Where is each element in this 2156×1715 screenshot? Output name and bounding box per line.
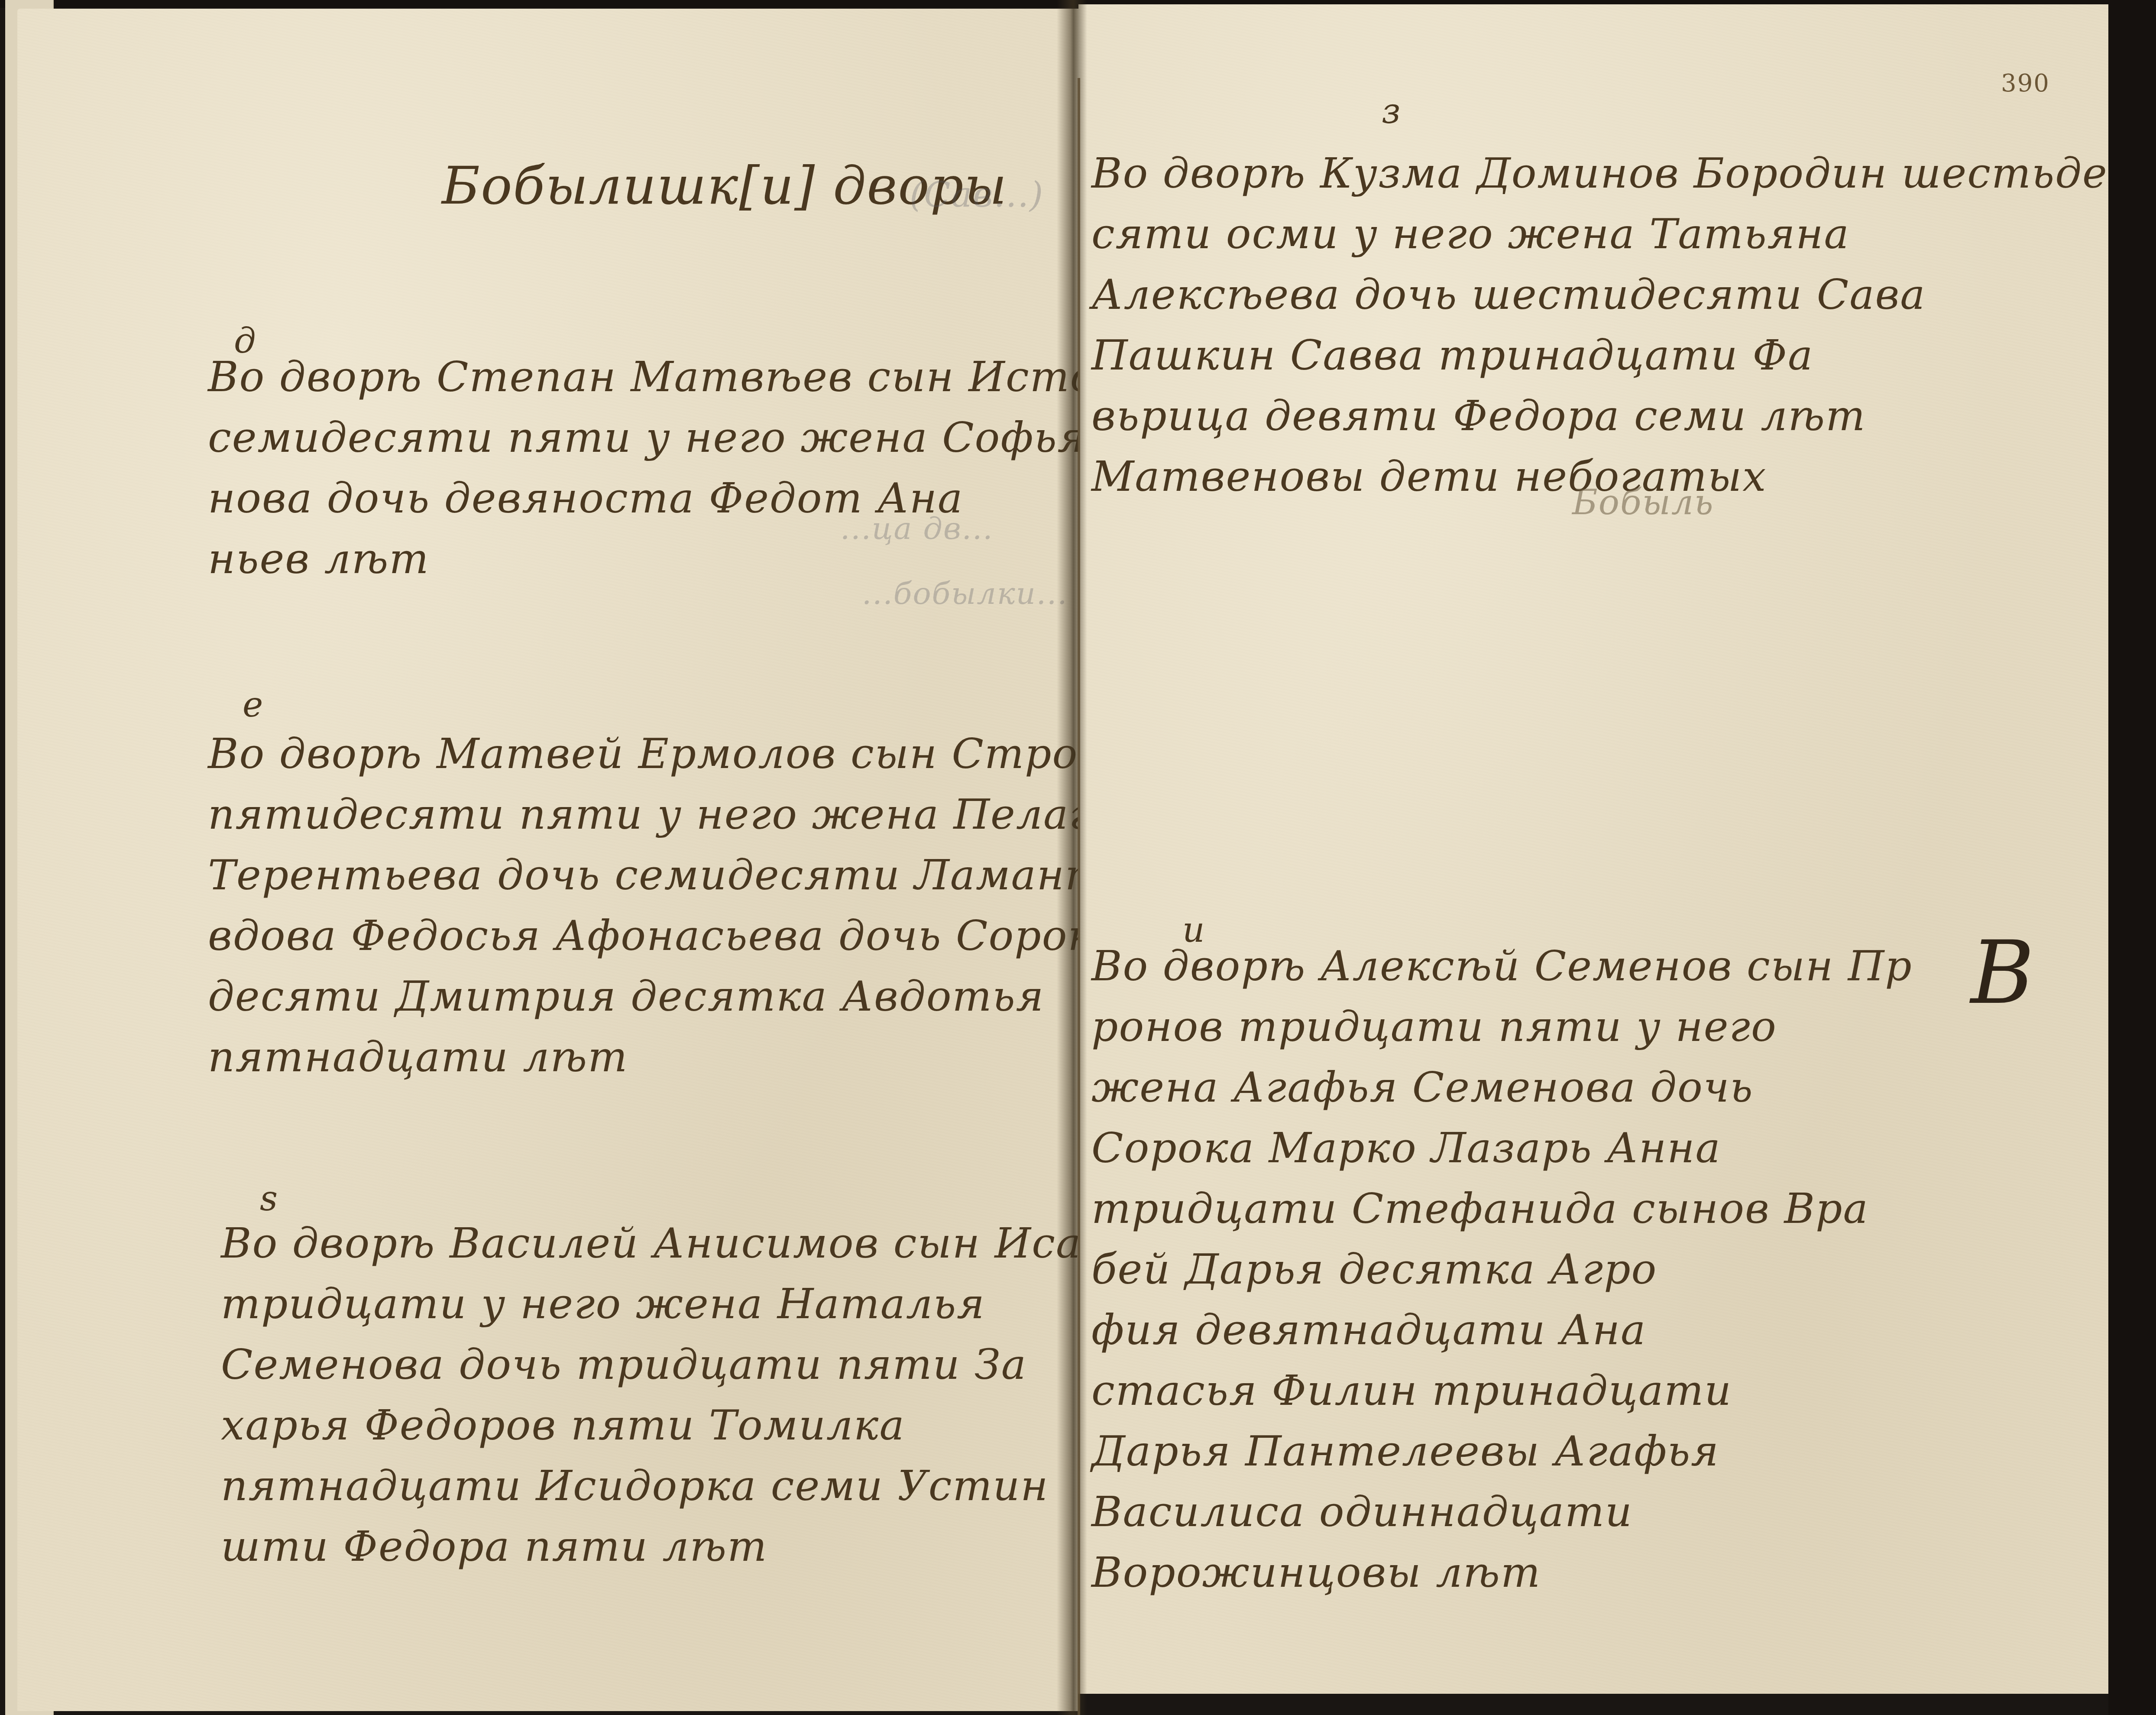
entry-line: Алексѣева дочь шестидесяти Сава xyxy=(1091,264,2108,325)
entry-line: жена Агафья Семенова дочь xyxy=(1091,1057,1913,1118)
entry-line: Во дворѣ Кузма Доминов Бородин шестьде xyxy=(1091,143,2108,204)
gutter-fold-line xyxy=(1078,78,1080,1715)
entry-line: харья Федоров пяти Томилка xyxy=(221,1395,1132,1456)
right-page: 390 з Во дворѣ Кузма Доминов Бородин шес… xyxy=(1078,4,2109,1694)
entry-line: Василиса одиннадцати xyxy=(1091,1482,1913,1542)
entry-line: Дарья Пантелеевы Агафья xyxy=(1091,1421,1913,1482)
entry-line: стасья Филин тринадцати xyxy=(1091,1360,1913,1421)
entry-line: десяти Дмитрия десятка Авдотья xyxy=(208,966,1155,1027)
entry-line: пятнадцати Исидорка семи Устин xyxy=(221,1456,1132,1516)
entry-line: Во дворѣ Матвей Ермолов сын Строков xyxy=(208,723,1155,784)
scan-background-right xyxy=(2108,0,2156,1715)
entry-line: Во дворѣ Степан Матвѣев сын Истомин xyxy=(208,347,1188,407)
book-gutter xyxy=(1057,0,1087,1715)
entry-numeral: е xyxy=(243,684,264,725)
entry-line: Пашкин Савва тринадцати Фа xyxy=(1091,325,2108,386)
entry-line: бей Дарья десятка Агро xyxy=(1091,1239,1913,1300)
manuscript-spread: Бобылишк[и] дворы (Сав...) ...ца дв... .… xyxy=(0,0,2156,1715)
household-entry: Во дворѣ Алексѣй Семенов сын Пр ронов тр… xyxy=(1091,936,1913,1603)
entry-line: сяти осми у него жена Татьяна xyxy=(1091,204,2108,264)
entry-line: тридцати Стефанида сынов Вра xyxy=(1091,1178,1913,1239)
left-page: Бобылишк[и] дворы (Сав...) ...ца дв... .… xyxy=(17,9,1078,1711)
household-entry: Во дворѣ Кузма Доминов Бородин шестьде с… xyxy=(1091,143,2108,507)
household-entry: Во дворѣ Василей Анисимов сын Исаев трид… xyxy=(221,1213,1132,1577)
entry-line: фия девятнадцати Ана xyxy=(1091,1300,1913,1360)
entry-line: ньев лѣт xyxy=(208,528,1188,589)
entry-line: Ворожинцовы лѣт xyxy=(1091,1542,1913,1603)
folio-number: 390 xyxy=(2001,69,2050,97)
entry-line: Семенова дочь тридцати пяти За xyxy=(221,1334,1132,1395)
margin-mark: В xyxy=(1971,923,2035,1024)
margin-note: Бобыль xyxy=(1572,472,1714,533)
entry-numeral: з xyxy=(1382,91,1402,131)
entry-line: шти Федора пяти лѣт xyxy=(221,1516,1132,1577)
entry-line: вьрица девяти Федора семи лѣт xyxy=(1091,386,2108,446)
household-entry: Во дворѣ Матвей Ермолов сын Строков пяти… xyxy=(208,723,1155,1087)
entry-line: нова дочь девяноста Федот Ана xyxy=(208,468,1188,528)
entry-line: Во дворѣ Алексѣй Семенов сын Пр xyxy=(1091,936,1913,996)
entry-line: тридцати у него жена Наталья xyxy=(221,1274,1132,1334)
entry-line: пятидесяти пяти у него жена Пелагея xyxy=(208,784,1155,845)
entry-line: Терентьева дочь семидесяти Ламант xyxy=(208,845,1155,905)
household-entry: Во дворѣ Степан Матвѣев сын Истомин семи… xyxy=(208,347,1188,589)
entry-line: пятнадцати лѣт xyxy=(208,1027,1155,1087)
entry-line: вдова Федосья Афонасьева дочь Сорока xyxy=(208,905,1155,966)
entry-line: семидесяти пяти у него жена Софья Ива xyxy=(208,407,1188,468)
entry-line: Во дворѣ Василей Анисимов сын Исаев xyxy=(221,1213,1132,1274)
bleed-through-text: (Сав...) xyxy=(910,165,1044,225)
entry-line: Сорока Марко Лазарь Анна xyxy=(1091,1118,1913,1178)
entry-line: ронов тридцати пяти у него xyxy=(1091,996,1913,1057)
